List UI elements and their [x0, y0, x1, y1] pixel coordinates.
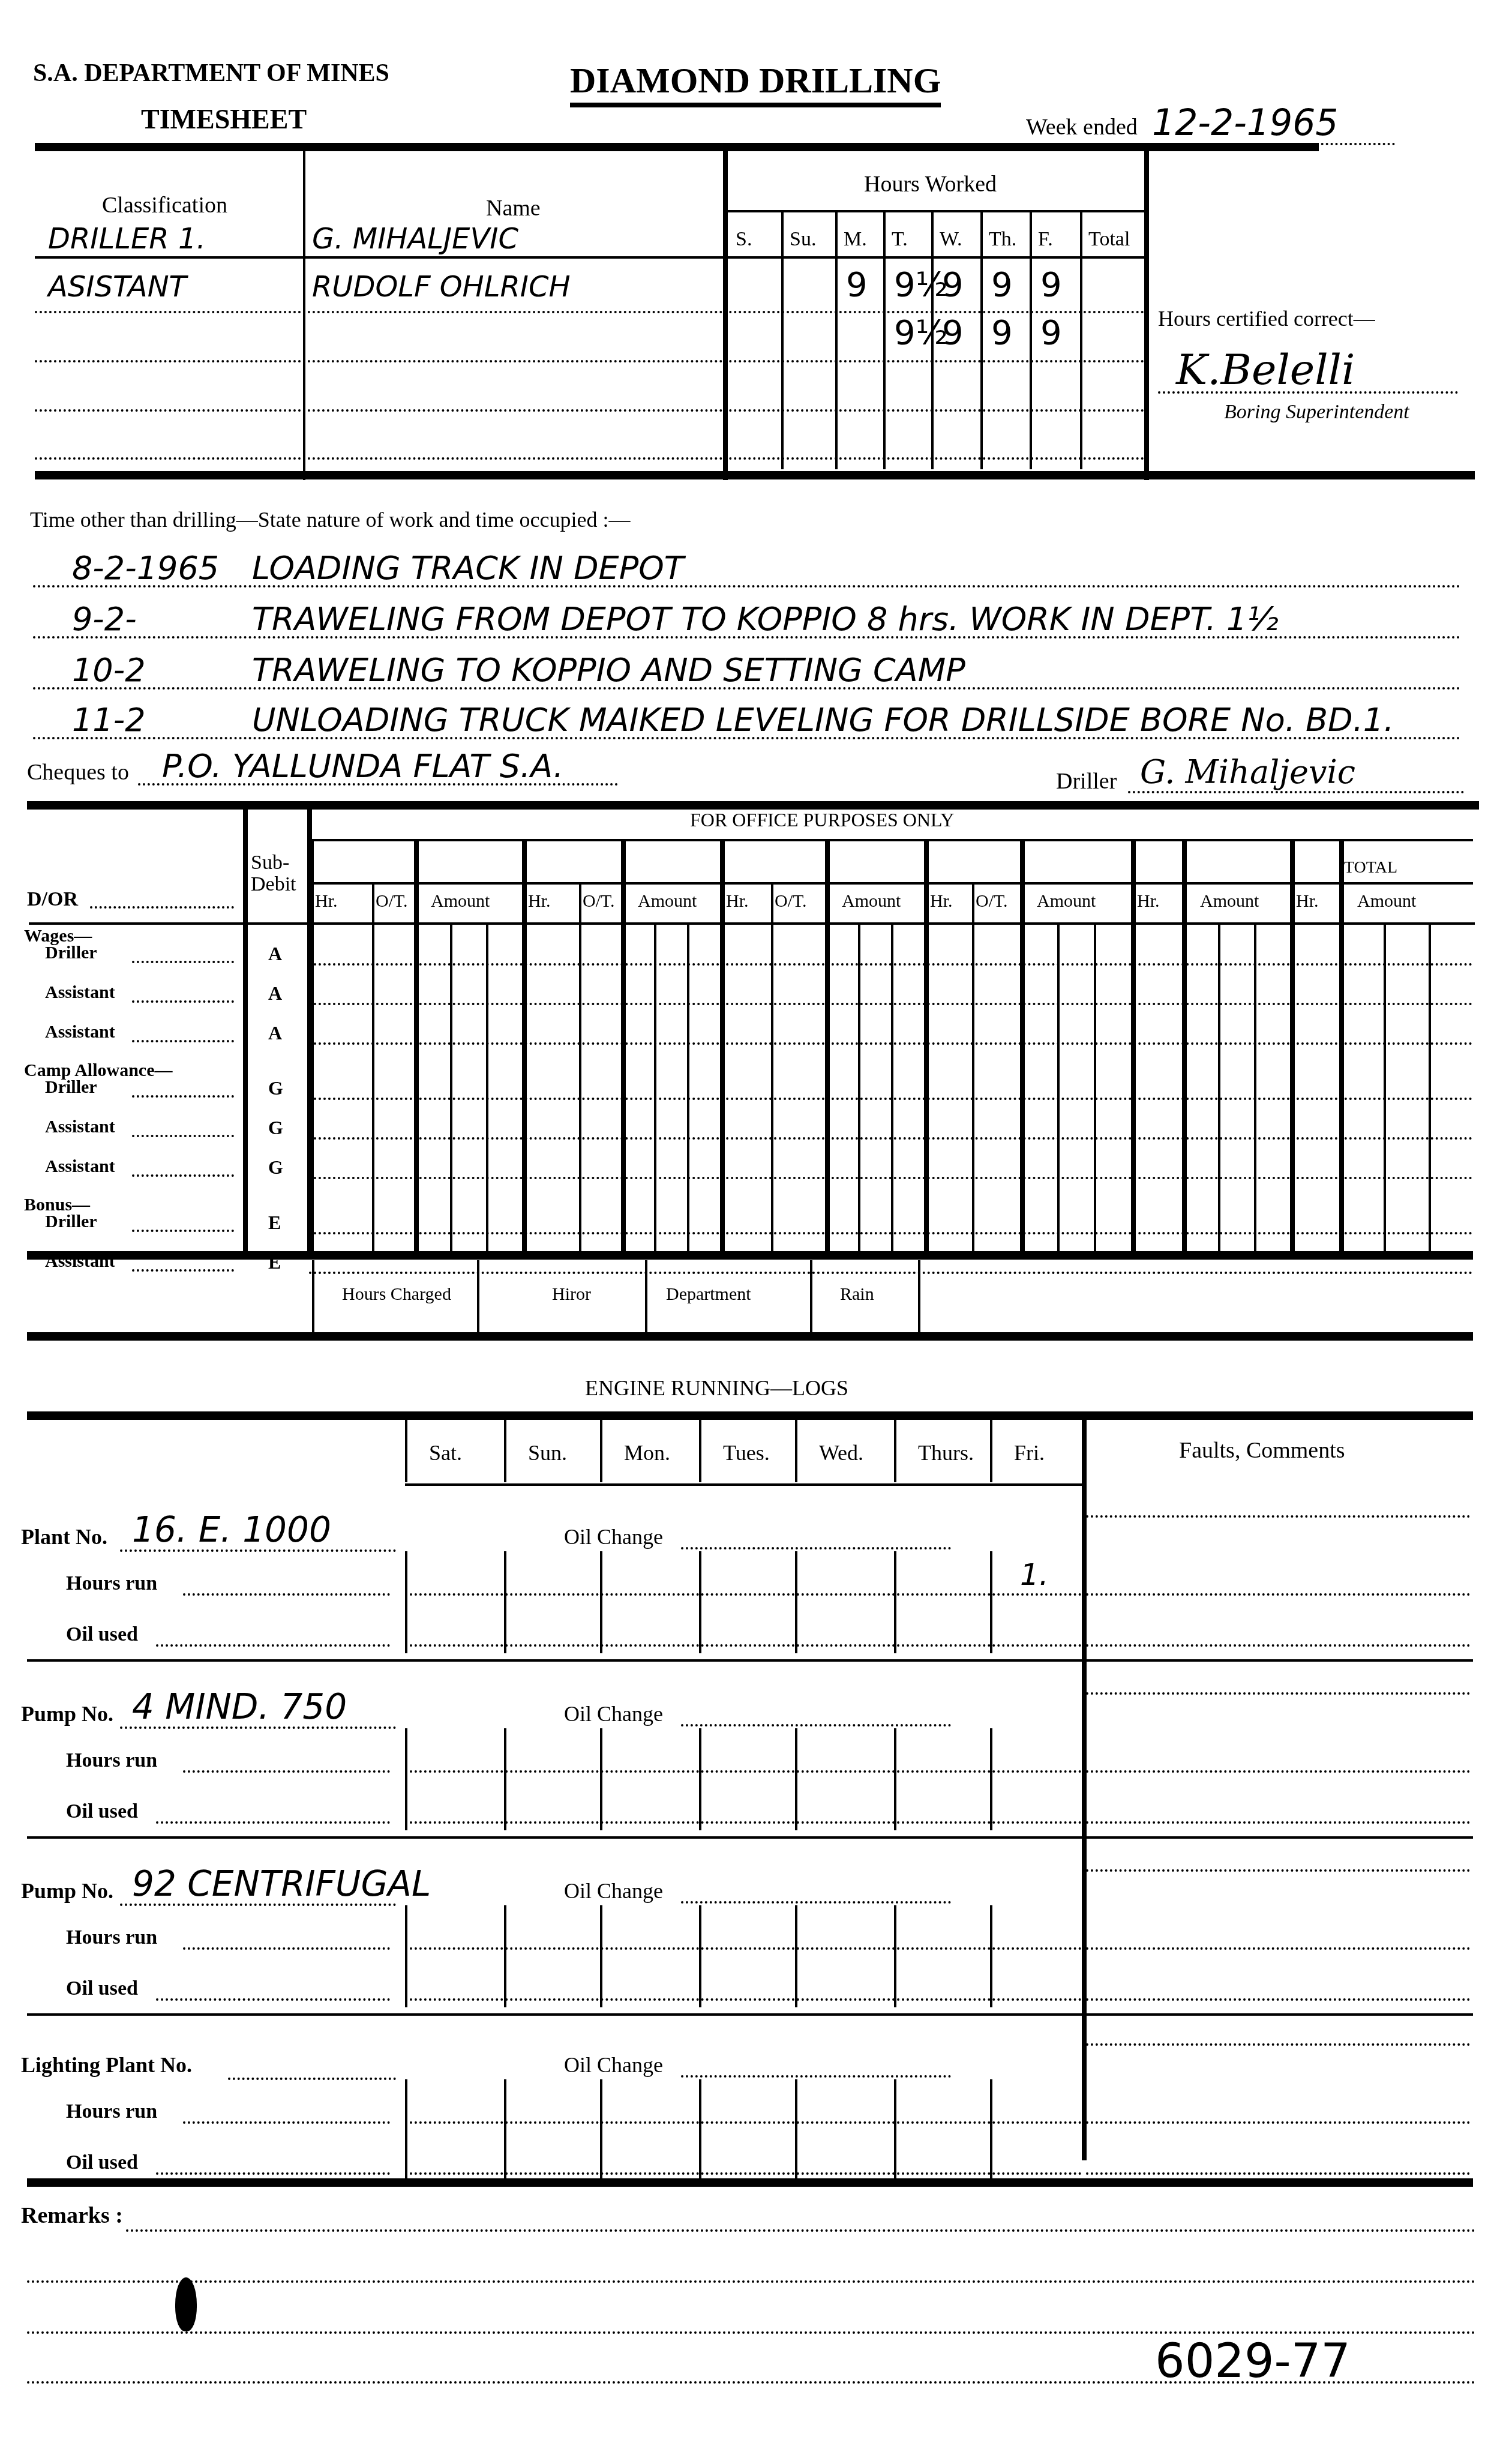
day-header: Total	[1088, 228, 1130, 251]
oil-change-label: Oil Change	[564, 2052, 663, 2078]
hours-run-cell[interactable]: 1.	[1020, 1557, 1049, 1592]
other-time-description[interactable]: LOADING TRACK IN DEPOT	[252, 549, 684, 587]
reference-number: 6029-77	[1155, 2334, 1351, 2388]
hours-certified-label: Hours certified correct—	[1158, 306, 1375, 331]
engine-unit-number[interactable]: 16. E. 1000	[132, 1509, 331, 1550]
total-label: TOTAL	[1344, 858, 1397, 877]
office-col-header: Amount	[842, 891, 901, 912]
other-time-description[interactable]: UNLOADING TRUCK MAIKED LEVELING FOR DRIL…	[252, 701, 1394, 739]
office-row-label: Driller	[45, 1212, 97, 1232]
hours-worked-label: Hours Worked	[864, 171, 997, 197]
office-col-header: Hr.	[930, 891, 953, 912]
oil-used-label: Oil used	[66, 2151, 138, 2174]
day-header: S.	[736, 228, 752, 251]
office-col-header: Hr.	[528, 891, 551, 912]
other-time-description[interactable]: TRAWELING TO KOPPIO AND SETTING CAMP	[252, 651, 965, 689]
oil-change-label: Oil Change	[564, 1524, 663, 1549]
driller-label: Driller	[1056, 768, 1117, 795]
day-header: Th.	[989, 228, 1016, 251]
ink-blot	[175, 2277, 197, 2331]
hours-cell[interactable]: 9	[942, 265, 964, 304]
driller-signature: G. Mihaljevic	[1140, 753, 1355, 791]
hours-cell[interactable]: 9½	[894, 313, 948, 352]
other-time-date[interactable]: 9-2-	[72, 600, 137, 638]
office-col-header: Hr.	[315, 891, 338, 912]
day-header: Su.	[790, 228, 816, 251]
form-title: DIAMOND DRILLING	[570, 60, 941, 107]
subdebit-code: A	[268, 943, 282, 965]
other-time-date[interactable]: 10-2	[72, 651, 146, 689]
engine-unit-label: Plant No.	[21, 1524, 107, 1549]
hours-cell[interactable]: 9	[1040, 313, 1062, 352]
office-col-header: Hr.	[726, 891, 749, 912]
subdebit-code: G	[268, 1077, 283, 1099]
subdebit-code: A	[268, 982, 282, 1005]
subdebit-code: E	[268, 1212, 281, 1234]
hours-run-label: Hours run	[66, 1926, 157, 1949]
engine-day-header: Tues.	[723, 1440, 770, 1465]
office-col-header: O/T.	[376, 891, 408, 912]
other-time-label: Time other than drilling—State nature of…	[30, 507, 630, 532]
office-col-header: O/T.	[583, 891, 615, 912]
day-header: M.	[844, 228, 867, 251]
day-header: T.	[892, 228, 908, 251]
charge-column: Rain	[840, 1284, 874, 1305]
oil-change-label: Oil Change	[564, 1701, 663, 1726]
engine-logs-title: ENGINE RUNNING—LOGS	[585, 1375, 848, 1401]
day-header: W.	[940, 228, 962, 251]
remarks-label: Remarks :	[21, 2202, 123, 2229]
cheques-label: Cheques to	[27, 759, 129, 786]
office-row-label: Driller	[45, 943, 97, 963]
engine-unit-label: Lighting Plant No.	[21, 2052, 192, 2078]
oil-used-label: Oil used	[66, 1977, 138, 2000]
oil-used-label: Oil used	[66, 1623, 138, 1646]
charge-column: Department	[666, 1284, 751, 1305]
oil-used-label: Oil used	[66, 1800, 138, 1823]
dor-label: D/OR	[27, 888, 78, 911]
engine-unit-label: Pump No.	[21, 1701, 113, 1726]
office-title: FOR OFFICE PURPOSES ONLY	[690, 809, 954, 831]
office-col-header: Amount	[638, 891, 697, 912]
hours-cell[interactable]: 9	[846, 265, 868, 304]
charge-column: Hours Charged	[342, 1284, 451, 1305]
other-time-description[interactable]: TRAWELING FROM DEPOT TO KOPPIO 8 hrs. WO…	[252, 600, 1279, 638]
header-rule	[35, 143, 1319, 151]
office-col-header: Hr.	[1296, 891, 1319, 912]
office-row-label: Assistant	[45, 982, 115, 1003]
charge-column: Hiror	[552, 1284, 591, 1305]
engine-day-header: Sat.	[429, 1440, 462, 1465]
hours-cell[interactable]: 9	[942, 313, 964, 352]
office-col-header: Hr.	[1137, 891, 1160, 912]
classification-cell[interactable]: ASISTANT	[48, 270, 187, 304]
subdebit-label: Sub-Debit	[251, 852, 299, 895]
week-ended-label: Week ended	[1026, 114, 1138, 140]
faults-comments-label: Faults, Comments	[1179, 1437, 1345, 1464]
office-col-header: Amount	[431, 891, 490, 912]
office-col-header: Amount	[1037, 891, 1096, 912]
subdebit-code: G	[268, 1156, 283, 1179]
office-row-label: Driller	[45, 1077, 97, 1098]
engine-unit-label: Pump No.	[21, 1878, 113, 1904]
office-col-header: Amount	[1357, 891, 1416, 912]
engine-unit-number[interactable]: 92 CENTRIFUGAL	[132, 1863, 431, 1904]
sheet-type: TIMESHEET	[141, 103, 307, 135]
name-cell[interactable]: G. MIHALJEVIC	[312, 222, 518, 256]
hours-run-label: Hours run	[66, 2100, 157, 2123]
engine-day-header: Wed.	[819, 1440, 863, 1465]
name-cell[interactable]: RUDOLF OHLRICH	[312, 270, 571, 304]
col-name: Name	[486, 195, 541, 221]
col-classification: Classification	[102, 192, 227, 218]
week-ended-value[interactable]: 12-2-1965	[1152, 102, 1339, 144]
engine-day-header: Sun.	[528, 1440, 567, 1465]
superintendent-role: Boring Superintendent	[1224, 401, 1409, 424]
office-row-label: Assistant	[45, 1117, 115, 1137]
other-time-date[interactable]: 8-2-1965	[72, 549, 219, 587]
office-row-label: Assistant	[45, 1022, 115, 1042]
subdebit-code: A	[268, 1022, 282, 1044]
office-col-header: O/T.	[976, 891, 1008, 912]
office-col-header: O/T.	[775, 891, 807, 912]
engine-unit-number[interactable]: 4 MIND. 750	[132, 1686, 347, 1727]
office-row-label: Assistant	[45, 1156, 115, 1177]
subdebit-code: G	[268, 1117, 283, 1139]
hours-cell[interactable]: 9½	[894, 265, 948, 304]
office-col-header: Amount	[1200, 891, 1259, 912]
day-header: F.	[1038, 228, 1053, 251]
engine-day-header: Fri.	[1014, 1440, 1045, 1465]
hours-cell[interactable]: 9	[1040, 265, 1062, 304]
hours-run-label: Hours run	[66, 1572, 157, 1595]
hours-run-label: Hours run	[66, 1749, 157, 1772]
other-time-date[interactable]: 11-2	[72, 701, 146, 739]
superintendent-signature: K.Belelli	[1176, 345, 1355, 394]
engine-day-header: Mon.	[624, 1440, 670, 1465]
engine-day-header: Thurs.	[918, 1440, 974, 1465]
hours-cell[interactable]: 9	[991, 313, 1013, 352]
hours-cell[interactable]: 9	[991, 265, 1013, 304]
oil-change-label: Oil Change	[564, 1878, 663, 1904]
department-name: S.A. DEPARTMENT OF MINES	[33, 59, 389, 88]
classification-cell[interactable]: DRILLER 1.	[48, 222, 206, 256]
cheques-value[interactable]: P.O. YALLUNDA FLAT S.A.	[162, 747, 563, 785]
